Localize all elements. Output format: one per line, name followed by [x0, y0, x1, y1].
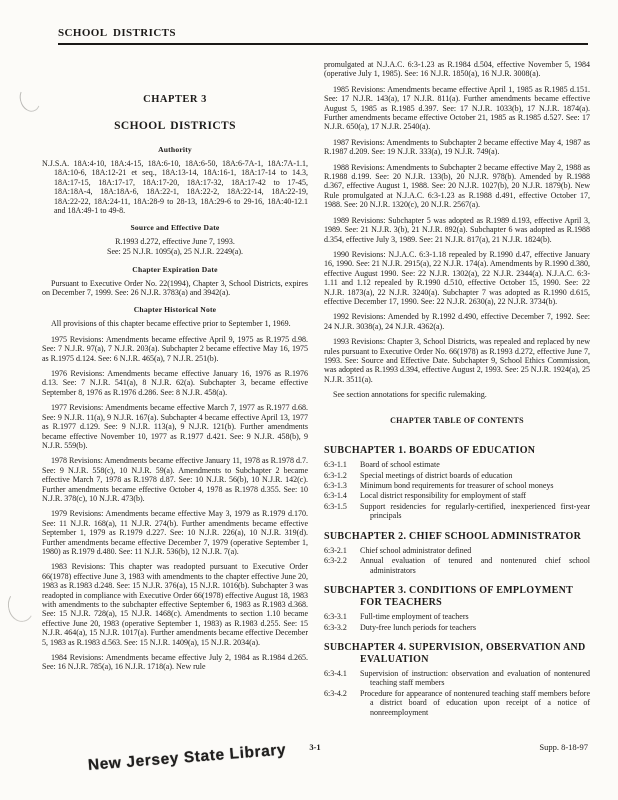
toc-entry-text: Minimum bond requirements for treasurer …	[360, 481, 590, 490]
toc-entry: 6:3-3.1 Full-time employment of teachers	[324, 612, 590, 621]
toc-subchapter-1: SUBCHAPTER 1. BOARDS OF EDUCATION 6:3-1.…	[324, 445, 590, 521]
page-number: 3-1	[42, 742, 588, 752]
historical-paragraph: 1988 Revisions: Amendments to Subchapter…	[324, 163, 590, 210]
subchapter-title: SUBCHAPTER 4. SUPERVISION, OBSERVATION A…	[324, 642, 590, 665]
source-effective-line: R.1993 d.272, effective June 7, 1993.	[42, 237, 308, 247]
toc-entry-text: Full-time employment of teachers	[360, 612, 590, 621]
authority-heading: Authority	[42, 145, 308, 154]
toc-entry: 6:3-2.1 Chief school administrator defin…	[324, 546, 590, 555]
chapter-number: CHAPTER 3	[42, 94, 308, 105]
historical-paragraph: 1976 Revisions: Amendments became effect…	[42, 369, 308, 397]
toc-entry-text: Duty-free lunch periods for teachers	[360, 623, 590, 632]
historical-paragraph: 1984 Revisions: Amendments became effect…	[42, 653, 308, 672]
right-column: promulgated at N.J.A.C. 6:3-1.23 as R.19…	[324, 60, 590, 727]
toc-entry-text: Support residencies for regularly-certif…	[360, 502, 590, 521]
toc-entry-number: 6:3-1.2	[324, 471, 360, 480]
historical-paragraph: 1989 Revisions: Subchapter 5 was adopted…	[324, 216, 590, 244]
toc-entry-number: 6:3-2.2	[324, 556, 360, 575]
expiration-text: Pursuant to Executive Order No. 22(1994)…	[42, 279, 308, 298]
toc-entry-number: 6:3-1.4	[324, 491, 360, 500]
historical-paragraph: 1987 Revisions: Amendments to Subchapter…	[324, 138, 590, 157]
historical-paragraph: 1975 Revisions: Amendments became effect…	[42, 335, 308, 363]
toc-entry-number: 6:3-1.1	[324, 460, 360, 469]
historical-paragraph: 1985 Revisions: Amendments became effect…	[324, 85, 590, 132]
pen-mark-artifact	[5, 588, 36, 624]
toc-entry-text: Procedure for appearance of nontenured t…	[360, 689, 590, 717]
toc-entry: 6:3-1.2 Special meetings of district boa…	[324, 471, 590, 480]
toc-entry: 6:3-3.2 Duty-free lunch periods for teac…	[324, 623, 590, 632]
historical-paragraph-continuation: promulgated at N.J.A.C. 6:3-1.23 as R.19…	[324, 60, 590, 79]
authority-text: N.J.S.A. 18A:4-10, 18A:4-15, 18A:6-10, 1…	[42, 159, 308, 215]
toc-entry-number: 6:3-2.1	[324, 546, 360, 555]
toc-entry: 6:3-4.1 Supervision of instruction: obse…	[324, 669, 590, 688]
historical-paragraph: 1977 Revisions: Amendments became effect…	[42, 403, 308, 450]
expiration-heading: Chapter Expiration Date	[42, 265, 308, 274]
subchapter-title: SUBCHAPTER 3. CONDITIONS OF EMPLOYMENT F…	[324, 585, 590, 608]
historical-paragraph: 1993 Revisions: Chapter 3, School Distri…	[324, 337, 590, 384]
toc-entry-text: Board of school estimate	[360, 460, 590, 469]
toc-entry-number: 6:3-4.1	[324, 669, 360, 688]
toc-entry: 6:3-1.4 Local district responsibility fo…	[324, 491, 590, 500]
subchapter-title: SUBCHAPTER 2. CHIEF SCHOOL ADMINISTRATOR	[324, 531, 590, 543]
historical-paragraph: 1979 Revisions: Amendments became effect…	[42, 509, 308, 556]
historical-paragraph: 1992 Revisions: Amended by R.1992 d.490,…	[324, 312, 590, 331]
toc-entry: 6:3-2.2 Annual evaluation of tenured and…	[324, 556, 590, 575]
left-column: CHAPTER 3 SCHOOL DISTRICTS Authority N.J…	[42, 60, 308, 727]
toc-entry-text: Supervision of instruction: observation …	[360, 669, 590, 688]
historical-paragraph: 1978 Revisions: Amendments became effect…	[42, 456, 308, 503]
document-page: SCHOOL DISTRICTS CHAPTER 3 SCHOOL DISTRI…	[0, 0, 618, 800]
chapter-title: SCHOOL DISTRICTS	[42, 120, 308, 132]
toc-entry: 6:3-1.1 Board of school estimate	[324, 460, 590, 469]
source-effective-heading: Source and Effective Date	[42, 223, 308, 232]
page-footer: 3-1 Supp. 8-18-97	[42, 742, 588, 754]
historical-paragraph: All provisions of this chapter became ef…	[42, 319, 308, 328]
toc-entry-number: 6:3-4.2	[324, 689, 360, 717]
toc-entry-text: Annual evaluation of tenured and nontenu…	[360, 556, 590, 575]
toc-entry-text: Special meetings of district boards of e…	[360, 471, 590, 480]
toc-entry-number: 6:3-3.2	[324, 623, 360, 632]
toc-entry: 6:3-4.2 Procedure for appearance of nont…	[324, 689, 590, 717]
running-header: SCHOOL DISTRICTS	[58, 27, 588, 45]
toc-subchapter-4: SUBCHAPTER 4. SUPERVISION, OBSERVATION A…	[324, 642, 590, 717]
pen-mark-artifact	[16, 84, 43, 115]
historical-note-heading: Chapter Historical Note	[42, 305, 308, 314]
toc-entry: 6:3-1.5 Support residencies for regularl…	[324, 502, 590, 521]
supplement-date: Supp. 8-18-97	[539, 742, 588, 752]
two-column-body: CHAPTER 3 SCHOOL DISTRICTS Authority N.J…	[42, 60, 590, 727]
toc-entry-number: 6:3-3.1	[324, 612, 360, 621]
toc-entry-number: 6:3-1.5	[324, 502, 360, 521]
source-effective-line: See: 25 N.J.R. 1095(a), 25 N.J.R. 2249(a…	[42, 247, 308, 257]
toc-subchapter-3: SUBCHAPTER 3. CONDITIONS OF EMPLOYMENT F…	[324, 585, 590, 632]
toc-subchapter-2: SUBCHAPTER 2. CHIEF SCHOOL ADMINISTRATOR…	[324, 531, 590, 576]
annotations-note: See section annotations for specific rul…	[324, 390, 590, 399]
subchapter-title: SUBCHAPTER 1. BOARDS OF EDUCATION	[324, 445, 590, 457]
historical-paragraph: 1990 Revisions: N.J.A.C. 6:3-1.18 repeal…	[324, 250, 590, 306]
toc-heading: CHAPTER TABLE OF CONTENTS	[324, 416, 590, 425]
toc-entry-text: Local district responsibility for employ…	[360, 491, 590, 500]
toc-entry-text: Chief school administrator defined	[360, 546, 590, 555]
historical-paragraph: 1983 Revisions: This chapter was readopt…	[42, 562, 308, 647]
toc-entry-number: 6:3-1.3	[324, 481, 360, 490]
running-header-title: SCHOOL DISTRICTS	[58, 27, 176, 39]
toc-entry: 6:3-1.3 Minimum bond requirements for tr…	[324, 481, 590, 490]
